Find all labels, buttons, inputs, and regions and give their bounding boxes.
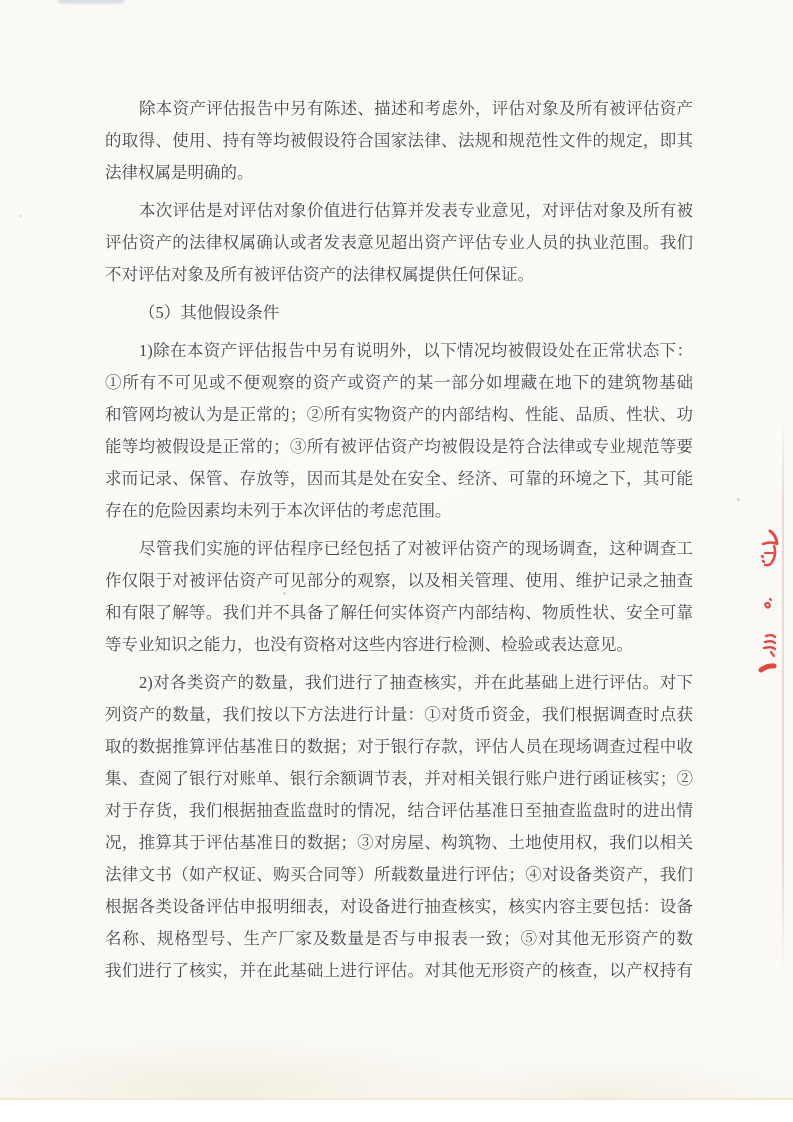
text-line: 对于存货，我们根据抽查监盘时的情况，结合评估基准日至抽查监盘时的进出情: [105, 795, 693, 827]
text-line: 1)除在本资产评估报告中另有说明外，以下情况均被假设处在正常状态下：: [105, 335, 693, 367]
paragraph-site-survey-limits: 尽管我们实施的评估程序已经包括了对被评估资产的现场调查，这种调查工 作仅限于对被…: [105, 533, 693, 661]
text-line: 等专业知识之能力，也没有资格对这些内容进行检测、检验或表达意见。: [105, 629, 693, 661]
scan-speck: [20, 215, 22, 217]
text-line: 2)对各类资产的数量，我们进行了抽查核实，并在此基础上进行评估。对下: [105, 667, 693, 699]
document-text: 除本资产评估报告中另有陈述、描述和考虑外，评估对象及所有被评估资产 的取得、使用…: [105, 93, 693, 993]
text-line: 尽管我们实施的评估程序已经包括了对被评估资产的现场调查，这种调查工: [105, 533, 693, 565]
section-heading: （5）其他假设条件: [105, 297, 693, 329]
scanned-page: 除本资产评估报告中另有陈述、描述和考虑外，评估对象及所有被评估资产 的取得、使用…: [0, 0, 793, 1100]
text-line: ①所有不可见或不便观察的资产或资产的某一部分如埋藏在地下的建筑物基础: [105, 367, 693, 399]
text-line: 法律权属是明确的。: [105, 157, 693, 189]
text-line: 的取得、使用、持有等均被假设符合国家法律、法规和规范性文件的规定，即其: [105, 125, 693, 157]
text-line: 求而记录、保管、存放等，因而其是处在安全、经济、可靠的环境之下，其可能: [105, 463, 693, 495]
page-edge-shadow: [782, 415, 784, 975]
text-line: 不对评估对象及所有被评估资产的法律权属提供任何保证。: [105, 259, 693, 291]
text-line: 和有限了解等。我们并不具备了解任何实体资产内部结构、物质性状、安全可靠: [105, 597, 693, 629]
paragraph-legal-assumption: 除本资产评估报告中另有陈述、描述和考虑外，评估对象及所有被评估资产 的取得、使用…: [105, 93, 693, 189]
red-ink-annotation: [750, 523, 793, 683]
heading-other-assumptions: （5）其他假设条件: [105, 297, 693, 329]
text-line: 除本资产评估报告中另有陈述、描述和考虑外，评估对象及所有被评估资产: [105, 93, 693, 125]
scanned-report-page: { "page": { "language": "zh-CN", "colors…: [0, 0, 793, 1122]
text-line: 本次评估是对评估对象价值进行估算并发表专业意见，对评估对象及所有被: [105, 195, 693, 227]
text-line: 评估资产的法律权属确认或者发表意见超出资产评估专业人员的执业范围。我们: [105, 227, 693, 259]
text-line: 集、查阅了银行对账单、银行余额调节表，并对相关银行账户进行函证核实；②: [105, 763, 693, 795]
text-line: 作仅限于对被评估资产可见部分的观察，以及相关管理、使用、维护记录之抽查: [105, 565, 693, 597]
text-line: 取的数据推算评估基准日的数据；对于银行存款，评估人员在现场调查过程中收: [105, 731, 693, 763]
text-line: 名称、规格型号、生产厂家及数量是否与申报表一致；⑤对其他无形资产的数量，: [105, 923, 693, 955]
paragraph-quantity-verification: 2)对各类资产的数量，我们进行了抽查核实，并在此基础上进行评估。对下 列资产的数…: [105, 667, 693, 987]
text-line: 列资产的数量，我们按以下方法进行计量：①对货币资金，我们根据调查时点获: [105, 699, 693, 731]
text-line: 和管网均被认为是正常的；②所有实物资产的内部结构、性能、品质、性状、功: [105, 399, 693, 431]
text-line: 存在的危险因素均未列于本次评估的考虑范围。: [105, 495, 693, 527]
text-line: 我们进行了核实，并在此基础上进行评估。对其他无形资产的核查，以产权持有: [105, 955, 693, 987]
paragraph-normal-state-assumptions: 1)除在本资产评估报告中另有说明外，以下情况均被假设处在正常状态下： ①所有不可…: [105, 335, 693, 527]
paragraph-scope-of-opinion: 本次评估是对评估对象价值进行估算并发表专业意见，对评估对象及所有被 评估资产的法…: [105, 195, 693, 291]
text-line: 根据各类设备评估申报明细表，对设备进行抽查核实，核实内容主要包括：设备: [105, 891, 693, 923]
scan-smudge: [58, 0, 124, 5]
text-line: 能等均被假设是正常的；③所有被评估资产均被假设是符合法律或专业规范等要: [105, 431, 693, 463]
scan-speck: [737, 498, 740, 501]
text-line: 法律文书（如产权证、购买合同等）所载数量进行评估；④对设备类资产，我们: [105, 859, 693, 891]
text-line: 况，推算其于评估基准日的数据；③对房屋、构筑物、土地使用权，我们以相关: [105, 827, 693, 859]
